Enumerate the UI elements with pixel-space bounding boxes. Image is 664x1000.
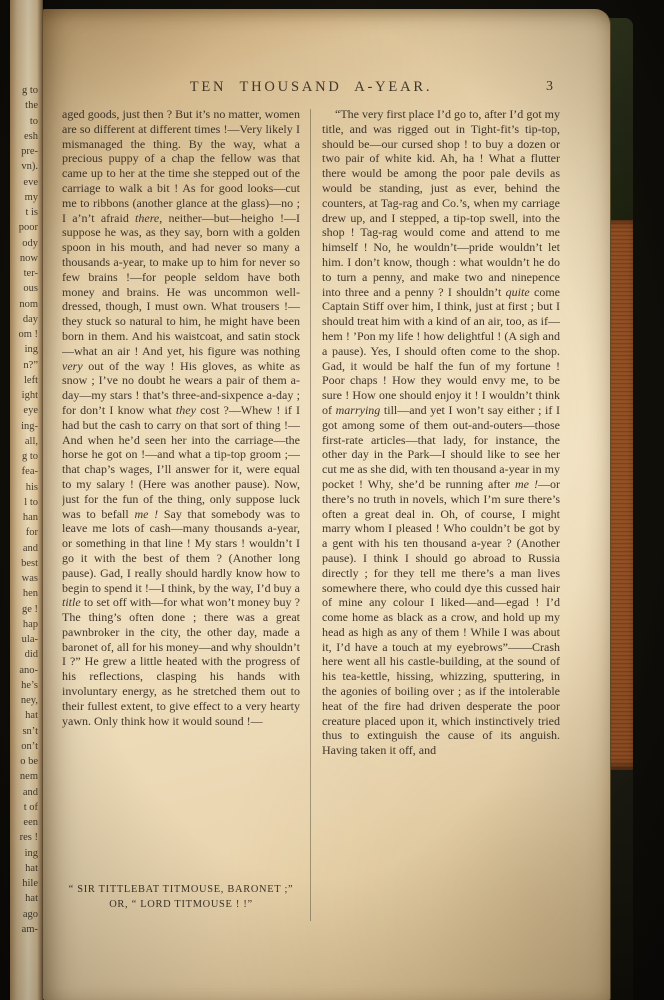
book-cover-edge bbox=[608, 18, 633, 220]
fragment-line: l to bbox=[11, 495, 38, 510]
fragment-line: ight bbox=[11, 388, 38, 403]
fragment-line: res ! bbox=[11, 830, 38, 845]
left-column-closing: “ SIR TITTLEBAT TITMOUSE, BARONET ;” OR,… bbox=[62, 882, 300, 913]
fragment-line: hap bbox=[11, 617, 38, 632]
prev-page-edge: g tothetoeshpre-vn).evemyt ispoorodynowt… bbox=[10, 0, 43, 1000]
fragment-line: esh bbox=[11, 129, 38, 144]
fragment-line: he’s bbox=[11, 678, 38, 693]
fragment-line: ago bbox=[11, 907, 38, 922]
prev-page-text-fragments: g tothetoeshpre-vn).evemyt ispoorodynowt… bbox=[11, 83, 38, 937]
fragment-line: pre- bbox=[11, 144, 38, 159]
fragment-line: om ! bbox=[11, 327, 38, 342]
closing-line-baronet: “ SIR TITTLEBAT TITMOUSE, BARONET ;” bbox=[62, 882, 300, 897]
fragment-line: t of bbox=[11, 800, 38, 815]
fragment-line: hile bbox=[11, 876, 38, 891]
fragment-line: g to bbox=[11, 83, 38, 98]
fragment-line: ney, bbox=[11, 693, 38, 708]
fragment-line: nem bbox=[11, 769, 38, 784]
fragment-line: left bbox=[11, 373, 38, 388]
fragment-line: o be bbox=[11, 754, 38, 769]
fragment-line: sn’t bbox=[11, 724, 38, 739]
fragment-line: and bbox=[11, 541, 38, 556]
closing-line-lord: OR, “ LORD TITMOUSE ! !” bbox=[62, 897, 300, 912]
left-column-text: aged goods, just then ? But it’s no matt… bbox=[62, 107, 300, 879]
right-column: “The very first place I’d go to, after I… bbox=[322, 107, 560, 921]
fragment-line: ing bbox=[11, 342, 38, 357]
fragment-line: ge ! bbox=[11, 602, 38, 617]
book-photograph: { "book": { "header": { "title": "TEN TH… bbox=[0, 0, 664, 1000]
fragment-line: and bbox=[11, 785, 38, 800]
fragment-line: his bbox=[11, 480, 38, 495]
fragment-line: vn). bbox=[11, 159, 38, 174]
fragment-line: ous bbox=[11, 281, 38, 296]
fragment-line: g to bbox=[11, 449, 38, 464]
fragment-line: was bbox=[11, 571, 38, 586]
fragment-line: ing bbox=[11, 846, 38, 861]
right-column-text: “The very first place I’d go to, after I… bbox=[322, 107, 560, 921]
fragment-line: all, bbox=[11, 434, 38, 449]
fragment-line: een bbox=[11, 815, 38, 830]
fragment-line: to bbox=[11, 114, 38, 129]
photo-background: g tothetoeshpre-vn).evemyt ispoorodynowt… bbox=[0, 0, 664, 1000]
fragment-line: hen bbox=[11, 586, 38, 601]
fragment-line: fea- bbox=[11, 464, 38, 479]
fragment-line: hat bbox=[11, 708, 38, 723]
fragment-line: eye bbox=[11, 403, 38, 418]
fragment-line: on’t bbox=[11, 739, 38, 754]
fragment-line: eve bbox=[11, 175, 38, 190]
fragment-line: ody bbox=[11, 236, 38, 251]
book-spine bbox=[608, 220, 633, 770]
book-page: TEN THOUSAND A-YEAR. 3 aged goods, just … bbox=[43, 9, 611, 1000]
left-column: aged goods, just then ? But it’s no matt… bbox=[62, 107, 300, 921]
column-divider bbox=[310, 109, 311, 921]
fragment-line: hat bbox=[11, 861, 38, 876]
fragment-line: poor bbox=[11, 220, 38, 235]
fragment-line: n?” bbox=[11, 358, 38, 373]
book-cover-lower-edge bbox=[608, 770, 633, 1000]
fragment-line: the bbox=[11, 98, 38, 113]
fragment-line: ing- bbox=[11, 419, 38, 434]
running-title: TEN THOUSAND A-YEAR. bbox=[62, 79, 560, 96]
fragment-line: ano- bbox=[11, 663, 38, 678]
page-number: 3 bbox=[546, 79, 553, 95]
fragment-line: for bbox=[11, 525, 38, 540]
fragment-line: ula- bbox=[11, 632, 38, 647]
page-header: TEN THOUSAND A-YEAR. 3 bbox=[62, 79, 560, 99]
fragment-line: best bbox=[11, 556, 38, 571]
fragment-line: t is bbox=[11, 205, 38, 220]
fragment-line: am- bbox=[11, 922, 38, 937]
fragment-line: hat bbox=[11, 891, 38, 906]
fragment-line: ter- bbox=[11, 266, 38, 281]
fragment-line: nom bbox=[11, 297, 38, 312]
fragment-line: my bbox=[11, 190, 38, 205]
fragment-line: did bbox=[11, 647, 38, 662]
fragment-line: day bbox=[11, 312, 38, 327]
fragment-line: han bbox=[11, 510, 38, 525]
fragment-line: now bbox=[11, 251, 38, 266]
text-block: aged goods, just then ? But it’s no matt… bbox=[62, 107, 560, 921]
